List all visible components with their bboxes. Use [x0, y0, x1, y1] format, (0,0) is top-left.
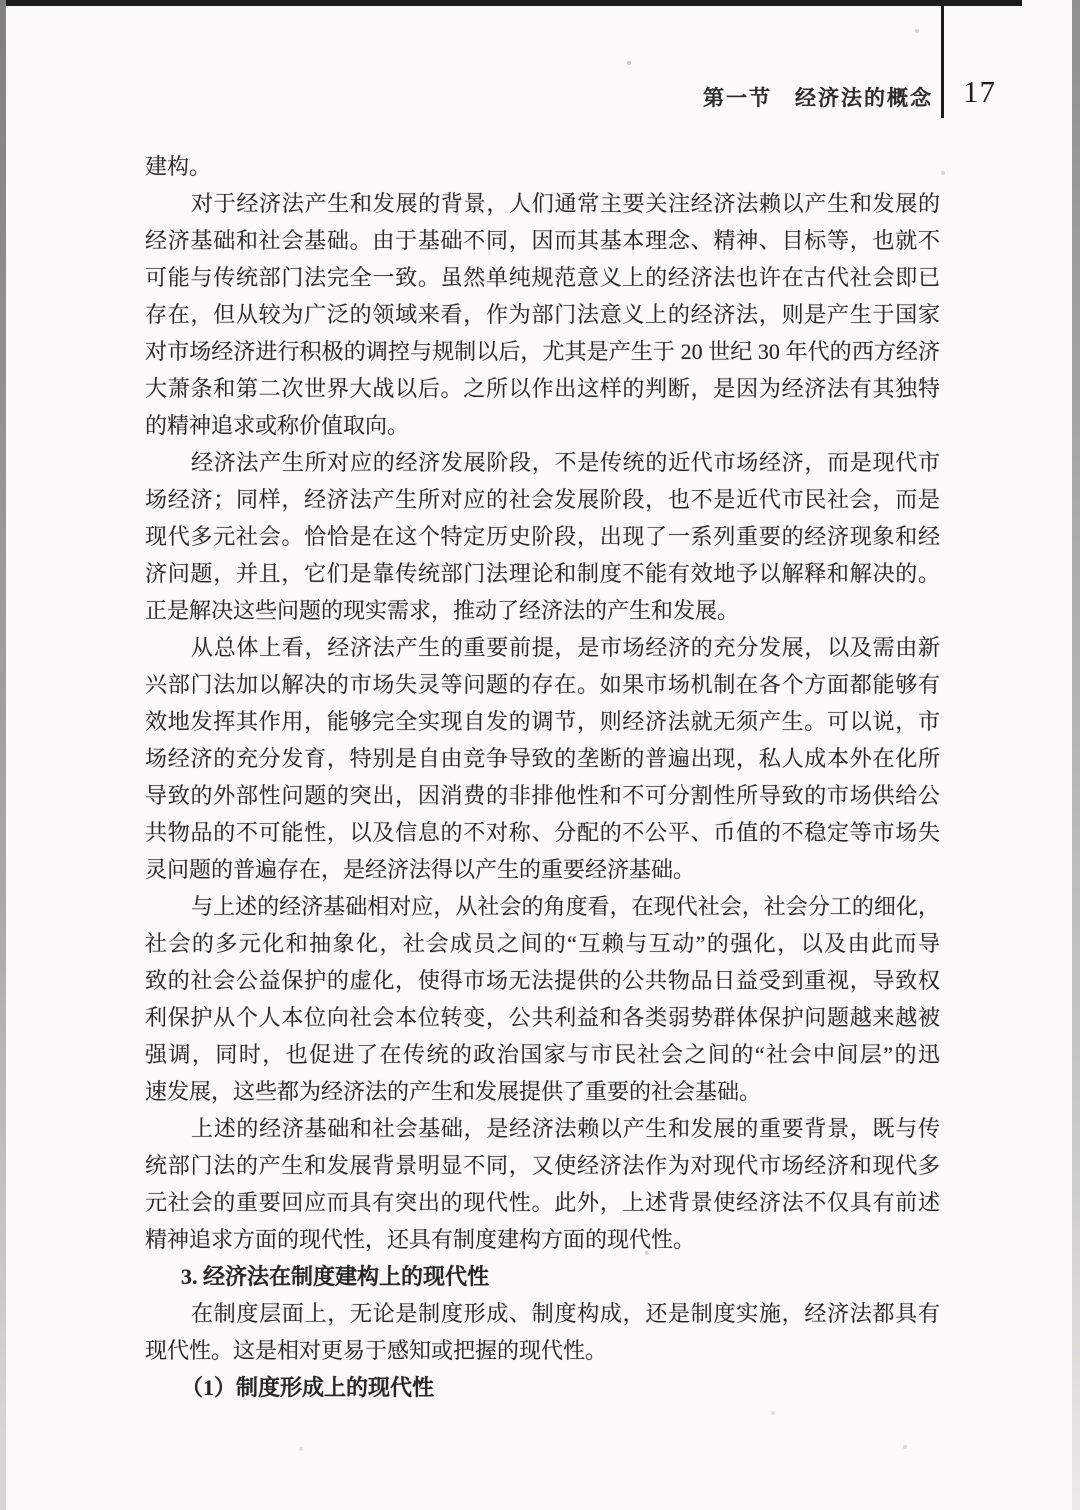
text-line: 从总体上看，经济法产生的重要前提，是市场经济的充分发展，以及需由新: [145, 629, 940, 666]
text-line: 效地发挥其作用，能够完全实现自发的调节，则经济法就无须产生。可以说，市: [145, 703, 940, 740]
scan-edge-top: [0, 0, 1022, 6]
text-line: 与上述的经济基础相对应，从社会的角度看，在现代社会，社会分工的细化，: [145, 888, 940, 925]
text-line: 可能与传统部门法完全一致。虽然单纯规范意义上的经济法也许在古代社会即已: [145, 259, 940, 296]
text-line: 精神追求方面的现代性，还具有制度建构方面的现代性。: [145, 1221, 940, 1258]
text-line: 对市场经济进行积极的调控与规制以后，尤其是产生于 20 世纪 30 年代的西方经…: [145, 333, 940, 370]
text-line: 统部门法的产生和发展背景明显不同，又使经济法作为对现代市场经济和现代多: [145, 1147, 940, 1184]
scan-edge-left: [0, 0, 6, 1510]
text-line: 存在，但从较为广泛的领域来看，作为部门法意义上的经济法，则是产生于国家: [145, 296, 940, 333]
text-line: 强调，同时，也促进了在传统的政治国家与市民社会之间的“社会中间层”的迅: [145, 1036, 940, 1073]
text-line: 灵问题的普遍存在，是经济法得以产生的重要经济基础。: [145, 851, 940, 888]
section-title: 第一节 经济法的概念: [703, 82, 933, 112]
text-line: 导致的外部性问题的突出，因消费的非排他性和不可分割性所导致的市场供给公: [145, 777, 940, 814]
header-divider-line: [941, 0, 944, 118]
text-line: 现代性。这是相对更易于感知或把握的现代性。: [145, 1332, 940, 1369]
text-line: 济问题，并且，它们是靠传统部门法理论和制度不能有效地予以解释和解决的。: [145, 555, 940, 592]
text-line: 场经济的充分发育，特别是自由竞争导致的垄断的普遍出现，私人成本外在化所: [145, 740, 940, 777]
text-line: 大萧条和第二次世界大战以后。之所以作出这样的判断，是因为经济法有其独特: [145, 370, 940, 407]
heading-line: （1）制度形成上的现代性: [145, 1369, 940, 1406]
text-line: 正是解决这些问题的现实需求，推动了经济法的产生和发展。: [145, 592, 940, 629]
text-line: 建构。: [145, 148, 940, 185]
text-line: 现代多元社会。恰恰是在这个特定历史阶段，出现了一系列重要的经济现象和经: [145, 518, 940, 555]
text-line: 兴部门法加以解决的市场失灵等问题的存在。如果市场机制在各个方面都能够有: [145, 666, 940, 703]
text-line: 对于经济法产生和发展的背景，人们通常主要关注经济法赖以产生和发展的: [145, 185, 940, 222]
heading-line: 3. 经济法在制度建构上的现代性: [145, 1258, 940, 1295]
text-line: 的精神追求或称价值取向。: [145, 407, 940, 444]
scan-edge-right: [1072, 0, 1080, 1510]
text-line: 利保护从个人本位向社会本位转变，公共利益和各类弱势群体保护问题越来越被: [145, 999, 940, 1036]
text-line: 场经济；同样，经济法产生所对应的社会发展阶段，也不是近代市民社会，而是: [145, 481, 940, 518]
text-line: 社会的多元化和抽象化，社会成员之间的“互赖与互动”的强化，以及由此而导: [145, 925, 940, 962]
text-line: 致的社会公益保护的虚化，使得市场无法提供的公共物品日益受到重视，导致权: [145, 962, 940, 999]
scan-specks: [0, 0, 2, 2]
page-body: 建构。对于经济法产生和发展的背景，人们通常主要关注经济法赖以产生和发展的经济基础…: [145, 148, 940, 1406]
text-line: 元社会的重要回应而具有突出的现代性。此外，上述背景使经济法不仅具有前述: [145, 1184, 940, 1221]
text-line: 经济基础和社会基础。由于基础不同，因而其基本理念、精神、目标等，也就不: [145, 222, 940, 259]
text-line: 经济法产生所对应的经济发展阶段，不是传统的近代市场经济，而是现代市: [145, 444, 940, 481]
page-number: 17: [963, 74, 996, 110]
text-line: 共物品的不可能性，以及信息的不对称、分配的不公平、币值的不稳定等市场失: [145, 814, 940, 851]
text-line: 速发展，这些都为经济法的产生和发展提供了重要的社会基础。: [145, 1073, 940, 1110]
text-line: 上述的经济基础和社会基础，是经济法赖以产生和发展的重要背景，既与传: [145, 1110, 940, 1147]
text-line: 在制度层面上，无论是制度形成、制度构成，还是制度实施，经济法都具有: [145, 1295, 940, 1332]
